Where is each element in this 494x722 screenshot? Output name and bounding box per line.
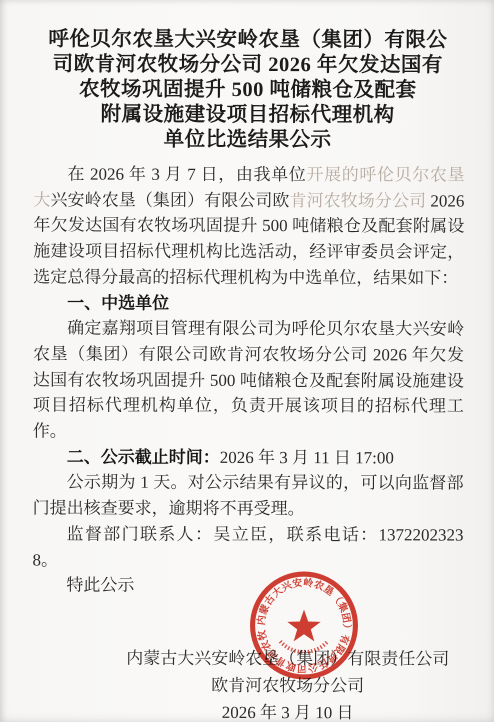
announcement-body: 在 2026 年 3 月 7 日，由我单位开展的呼伦贝尔农垦大兴安岭农垦（集团）… [32,161,464,599]
scanned-document-page: 呼伦贝尔农垦大兴安岭农垦（集团）有限公 司欧肯河农牧场分公司 2026 年欠发达… [0,0,494,722]
title-line: 司欧肯河农牧场分公司 2026 年欠发达国有 [1,52,494,78]
seal-code-marks [280,641,327,652]
intro-text-segment: 兴安岭农垦（集团）有限公司欧 [50,190,289,210]
seal-graphic: 内蒙古大兴安岭农垦（集团）有限责任公司欧肯河农牧场分公司 [242,569,355,677]
star-icon [287,610,320,642]
intro-text-segment-faded: 肯河农牧场分公司 [290,191,427,210]
section-1-heading: 一、中选单位 [33,290,464,317]
section-2-heading-text: 二、公示截止时间： [67,447,220,466]
deadline-value: 2026 年 3 月 11 日 17:00 [220,448,394,467]
signature-date: 2026 年 3 月 10 日 [126,699,449,722]
title-line: 单位比选结果公示 [1,127,494,153]
selected-agency-paragraph: 确定嘉翔项目管理有限公司为呼伦贝尔农垦大兴安岭农垦（集团）有限公司欧肯河农牧场分… [33,316,464,446]
section-1-heading-text: 一、中选单位 [67,293,169,312]
section-2-heading: 二、公示截止时间：2026 年 3 月 11 日 17:00 [33,444,464,471]
title-line: 附属设施建设项目招标代理机构 [1,102,494,128]
contact-paragraph: 监督部门联系人：吴立臣，联系电话：13722023238。 [32,521,463,574]
page-title: 呼伦贝尔农垦大兴安岭农垦（集团）有限公 司欧肯河农牧场分公司 2026 年欠发达… [1,27,494,153]
title-line: 呼伦贝尔农垦大兴安岭农垦（集团）有限公 [1,27,494,53]
title-line: 农牧场巩固提升 500 吨储粮仓及配套 [1,77,494,103]
objection-paragraph: 公示期为 1 天。对公示结果有异议的，可以向监督部门提出核查要求，逾期将不再受理… [33,470,464,523]
intro-text-segment: 在 2026 年 3 月 7 日，由我单位 [67,165,306,185]
official-seal: 内蒙古大兴安岭农垦（集团）有限责任公司欧肯河农牧场分公司 [242,569,366,682]
intro-paragraph: 在 2026 年 3 月 7 日，由我单位开展的呼伦贝尔农垦大兴安岭农垦（集团）… [33,161,464,291]
